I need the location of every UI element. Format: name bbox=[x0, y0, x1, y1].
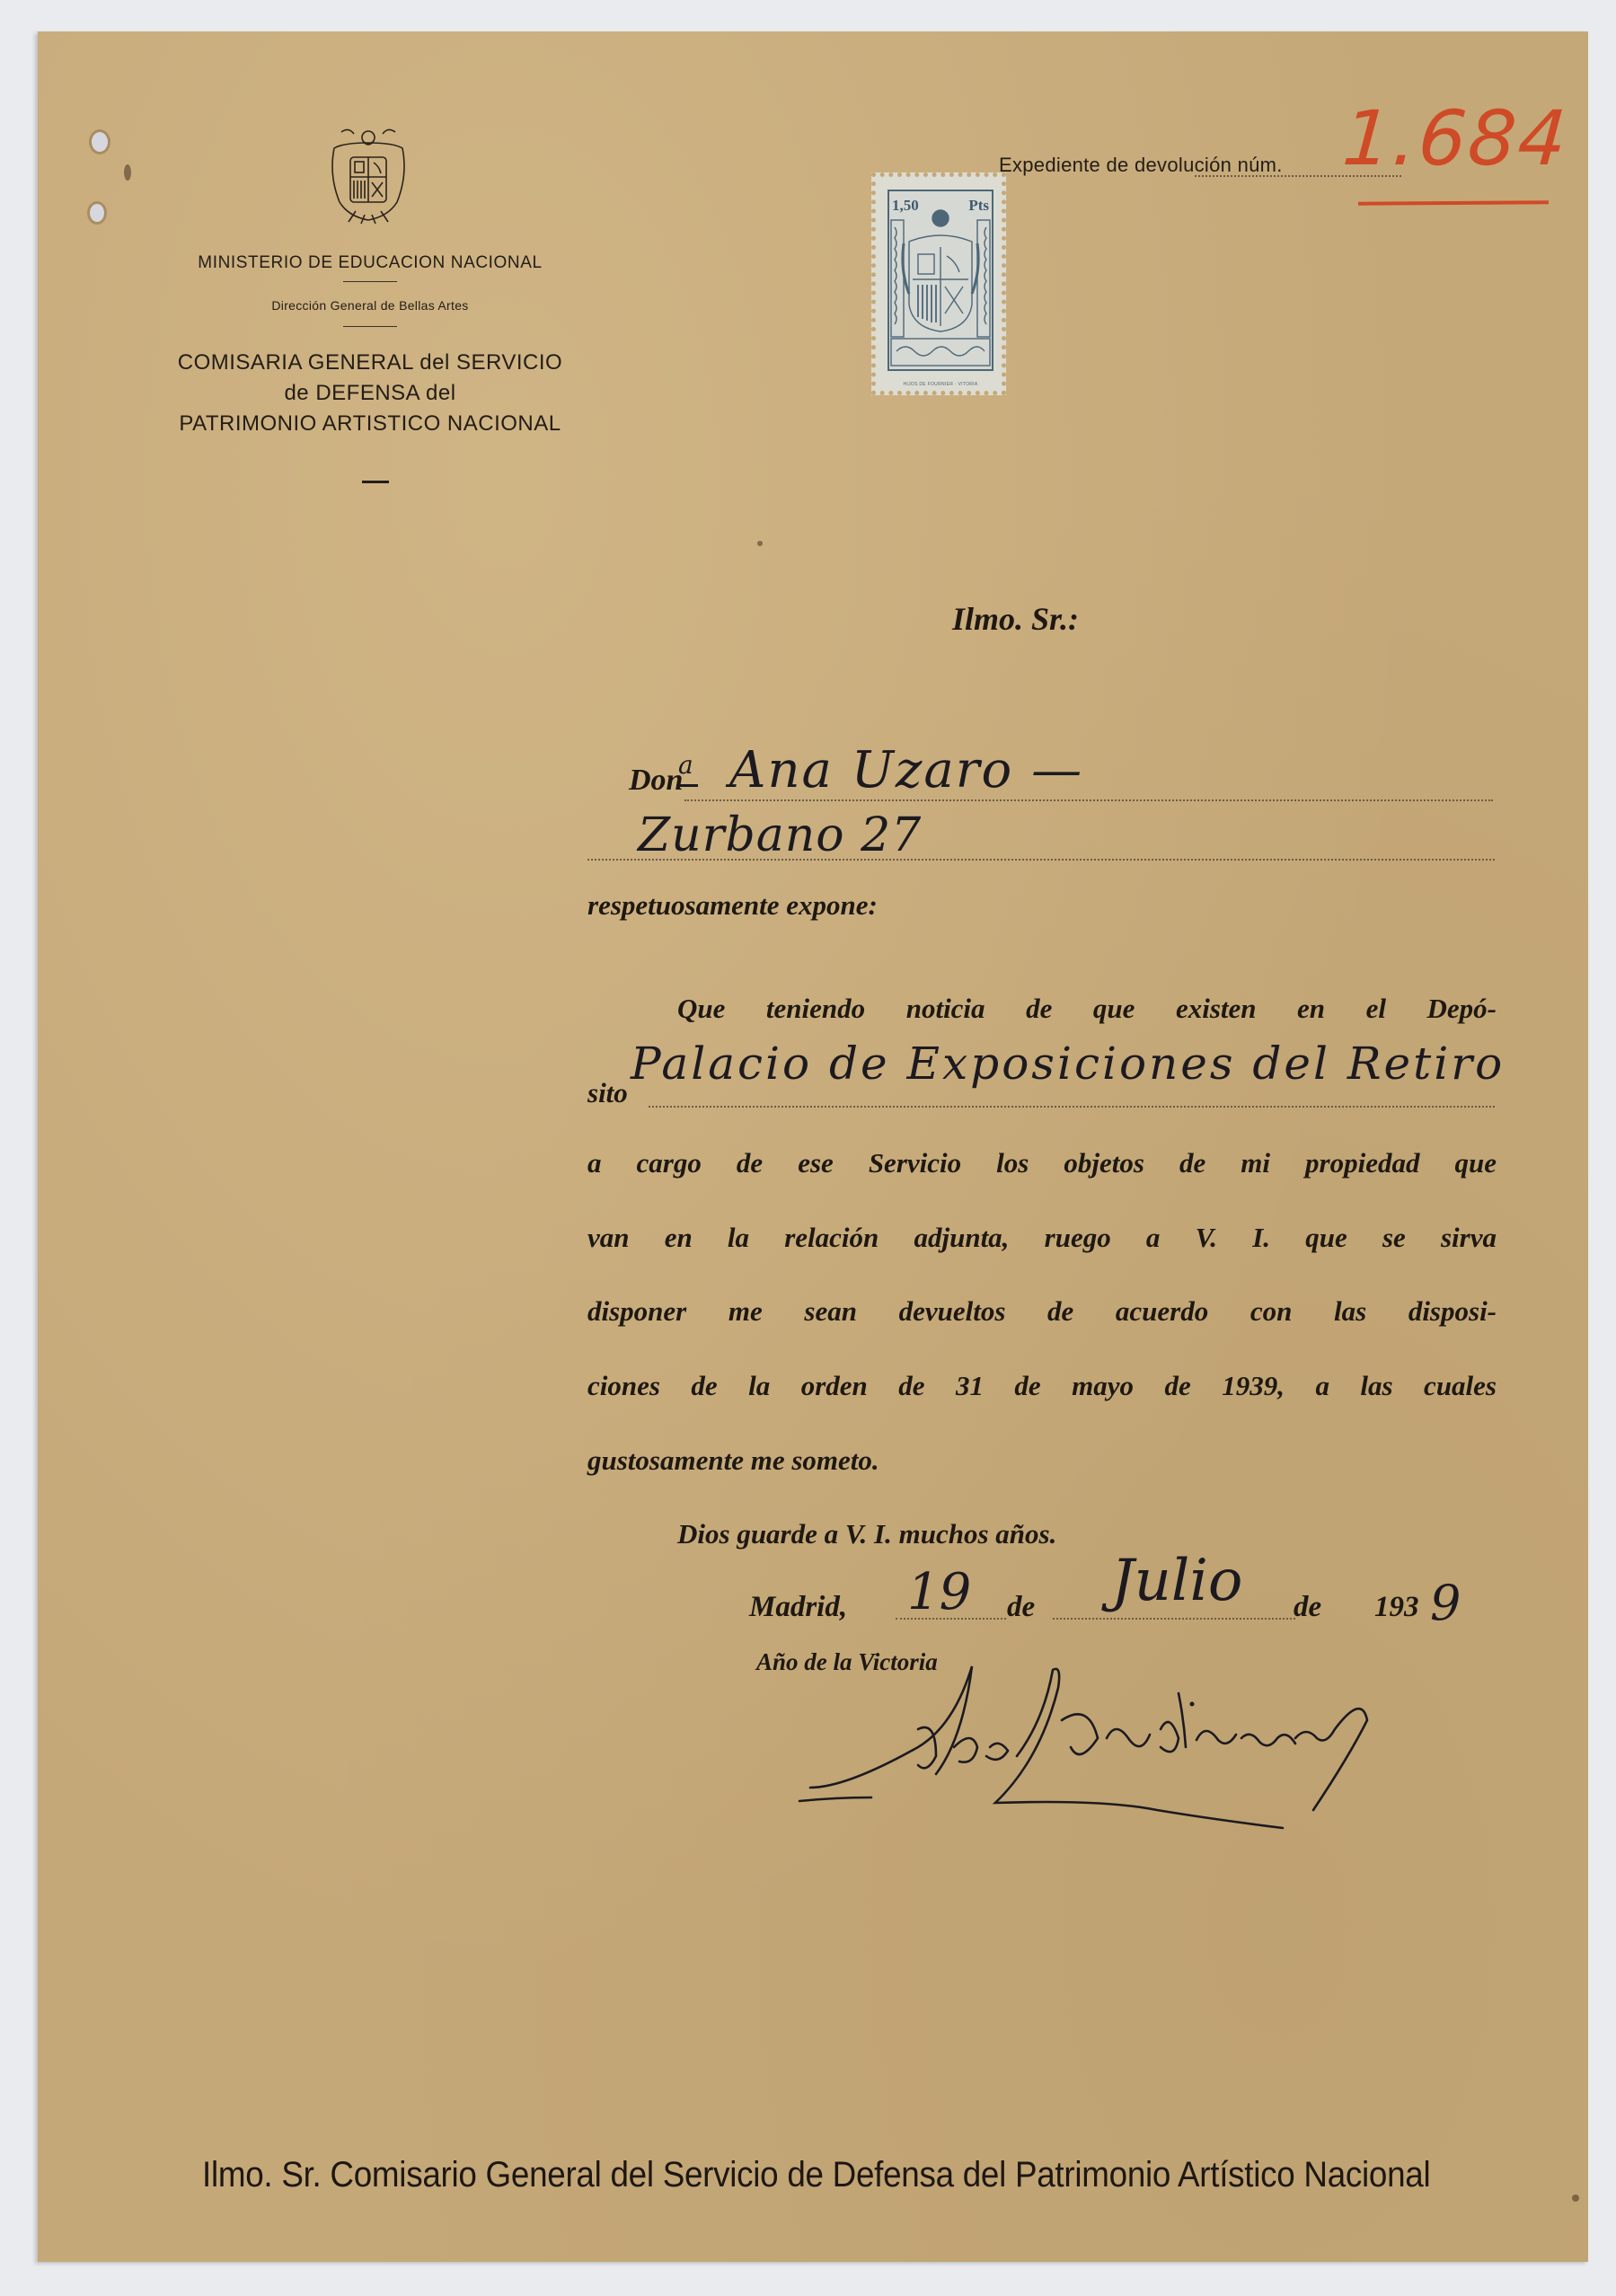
stamp-imprint: HIJOS DE FOURNIER · VITORIA bbox=[889, 382, 992, 387]
requester-name-handwritten[interactable]: Ana Uzaro — bbox=[729, 741, 1083, 799]
closing-formula: Dios guarde a V. I. muchos años. bbox=[677, 1518, 1056, 1550]
name-dotted-line bbox=[684, 799, 1493, 801]
expediente-number: 1.684 bbox=[1340, 94, 1571, 182]
document-sheet: MINISTERIO DE EDUCACION NACIONAL Direcci… bbox=[38, 31, 1588, 2262]
deposit-dotted-line bbox=[649, 1106, 1495, 1108]
paragraph-line-4: disponer me sean devueltos de acuerdo co… bbox=[587, 1295, 1497, 1328]
ministry-name: MINISTERIO DE EDUCACION NACIONAL bbox=[146, 253, 595, 273]
address-dotted-line bbox=[587, 859, 1495, 861]
direccion-general: Dirección General de Bellas Artes bbox=[146, 298, 595, 313]
comisaria-line-1: COMISARIA GENERAL del SERVICIO bbox=[146, 348, 595, 378]
expone-label: respetuosamente expone: bbox=[587, 889, 878, 922]
punch-hole bbox=[92, 132, 108, 152]
don-label: Don bbox=[629, 764, 683, 798]
comisaria-line-3: PATRIMONIO ARTISTICO NACIONAL bbox=[146, 409, 595, 439]
month-dotted-line bbox=[1053, 1618, 1295, 1620]
fiscal-stamp: 1,50 Pts bbox=[871, 172, 1006, 395]
expediente-label: Expediente de devolución núm. bbox=[999, 154, 1283, 177]
expediente-underline bbox=[1358, 200, 1549, 205]
month-handwritten[interactable]: Julio bbox=[1111, 1548, 1242, 1614]
paragraph-line-3: van en la relación adjunta, ruego a V. I… bbox=[587, 1222, 1497, 1254]
year-handwritten[interactable]: 9 bbox=[1430, 1575, 1461, 1631]
paper-stain bbox=[1572, 2194, 1579, 2202]
de-label: de bbox=[1294, 1591, 1321, 1624]
paragraph-line-1: Que teniendo noticia de que existen en e… bbox=[677, 993, 1497, 1025]
divider bbox=[343, 326, 397, 327]
year-printed: 193 bbox=[1374, 1591, 1419, 1624]
stamp-coat-of-arms-icon bbox=[889, 191, 992, 369]
divider bbox=[343, 281, 397, 282]
paragraph-line-2: a cargo de ese Servicio los objetos de m… bbox=[587, 1147, 1497, 1179]
paper-stain bbox=[757, 541, 763, 546]
addressee-footer: Ilmo. Sr. Comisario General del Servicio… bbox=[202, 2155, 1430, 2195]
paper-stain bbox=[124, 164, 131, 181]
salutation: Ilmo. Sr.: bbox=[952, 600, 1079, 638]
signature: A. de Cárdenas bbox=[792, 1657, 1475, 1837]
place-label: Madrid, bbox=[749, 1591, 847, 1624]
sito-label: sito bbox=[587, 1077, 628, 1109]
paragraph-line-5: ciones de la orden de 31 de mayo de 1939… bbox=[587, 1370, 1497, 1402]
don-superscript: a bbox=[678, 750, 693, 780]
coat-of-arms-icon bbox=[323, 121, 413, 229]
day-handwritten[interactable]: 19 bbox=[907, 1563, 971, 1621]
stamp-frame: 1,50 Pts bbox=[887, 190, 993, 371]
paragraph-line-6: gustosamente me someto. bbox=[587, 1444, 1497, 1477]
divider bbox=[362, 481, 389, 483]
requester-address-handwritten[interactable]: Zurbano 27 bbox=[638, 808, 922, 862]
comisaria-name: COMISARIA GENERAL del SERVICIO de DEFENS… bbox=[146, 348, 595, 439]
de-label: de bbox=[1007, 1591, 1035, 1624]
punch-hole bbox=[90, 204, 104, 222]
superscript-underline bbox=[676, 784, 698, 787]
deposit-location-handwritten[interactable]: Palacio de Exposiciones del Retiro bbox=[631, 1038, 1505, 1090]
comisaria-line-2: de DEFENSA del bbox=[146, 378, 595, 409]
